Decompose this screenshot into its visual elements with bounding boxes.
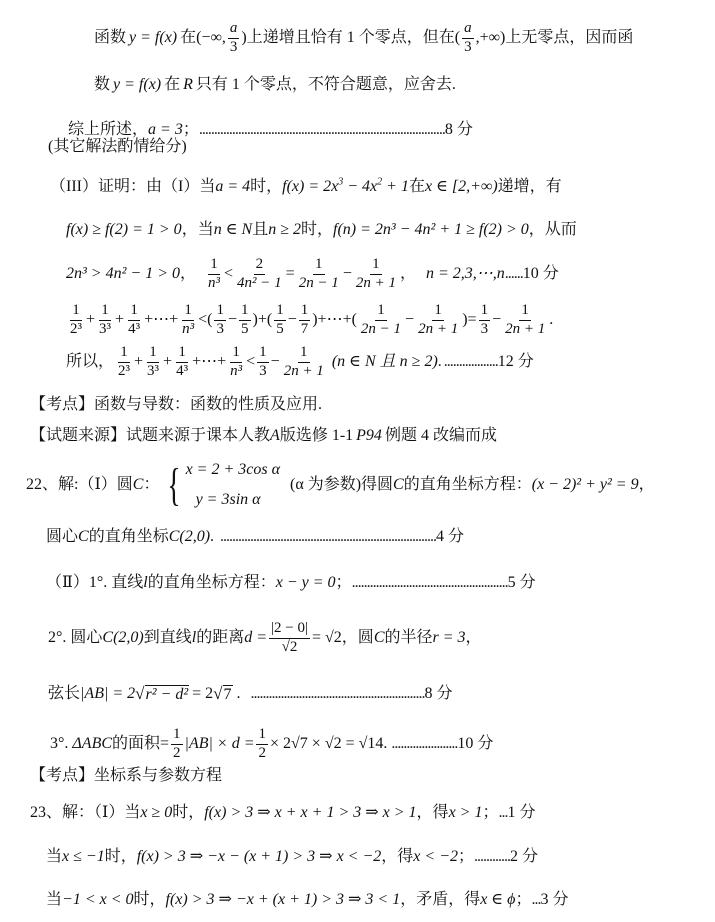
numerator: 1 [230,345,242,363]
denominator: 2n − 1 [359,321,403,338]
operator: < [224,266,233,282]
fraction: 1n³ [180,303,196,338]
text-line-7: 2n³ > 4n² − 1 > 0 ， 1n³ < 24n² − 1 = 12n… [66,252,559,296]
leader-dots: ........................................… [220,529,436,545]
text-line-13: 圆心 C 的直角坐标 C(2,0) . ....................… [46,526,464,548]
text: ，圆 [342,630,374,646]
paren: ( [352,312,357,328]
denominator: 3 [257,363,269,380]
numerator: 1 [375,303,387,321]
brace-icon: { [168,462,181,508]
text: 时， [301,222,333,238]
math: × 2√7 × √2 = √14 [270,736,383,752]
math: x ∈ [2,+∞) [425,179,498,195]
text: ，矛盾，得 [400,892,480,908]
denominator: n³ [206,275,222,292]
radical-icon: √ [135,685,144,704]
denominator: 2n + 1 [354,275,398,292]
leader-dots: ........................................… [199,122,445,138]
numerator: |2 − 0| [269,621,310,639]
math: x ≤ −1 [62,849,105,865]
note: (其它解法酌情给分) [48,139,187,155]
text: （Ⅱ）1°. 直线 [46,575,143,591]
denominator: 2³ [116,363,132,380]
numerator: 1 [182,303,194,321]
text: 2°. 圆心 [48,630,102,646]
denominator: n³ [180,321,196,338]
numerator: 1 [479,303,491,321]
operator: − [343,266,352,282]
fraction: 15 [274,303,286,338]
text-line-18: 【考点】 坐标系与参数方程 [30,765,222,787]
text: . [237,686,241,702]
text: 上无零点，因而函 [505,30,633,46]
math: (x − 2)² + y² = 9 [532,477,639,493]
fraction: 12n + 1 [282,345,326,380]
operator: + [86,312,95,328]
fraction: |2 − 0|√2 [269,621,310,656]
fraction: 12³ [116,345,132,380]
numerator: 1 [519,303,531,321]
radicand: 7 [223,685,233,704]
numerator: 1 [99,303,111,321]
score: 8 分 [445,122,473,138]
operator: − [288,312,297,328]
operator: + [258,312,267,328]
text-line-6: f(x) ≥ f(2) = 1 > 0 ，当 n ∈ N 且 n ≥ 2 时， … [66,219,577,241]
leader-dots: ...... [505,266,523,282]
score: 5 分 [508,575,536,591]
denominator: 5 [239,321,251,338]
operator: − [271,354,280,370]
text: 试题来源于课本人教 [126,428,270,444]
denominator: 3 [214,321,226,338]
text: 的直角坐标方程： [404,477,532,493]
equation: x = 2 + 3cos α [186,462,280,478]
text: ； [515,892,531,908]
denominator: 4³ [174,363,190,380]
text: 时， [172,805,204,821]
fraction: 14³ [126,303,142,338]
operator: = [468,312,477,328]
text: 弦长 [48,686,80,702]
numerator: 1 [313,257,325,275]
fraction: 12n − 1 [297,257,341,292]
fraction: a3 [462,21,474,56]
fraction: a3 [228,21,240,56]
math: C(2,0) [169,529,210,545]
operator: + [163,354,172,370]
math: f(n) = 2n³ − 4n² + 1 ≥ f(2) > 0 [333,222,529,238]
operator: − [405,312,414,328]
fraction: 14³ [174,345,190,380]
math: C [374,630,385,646]
text: 上递增且恰有 1 个零点，但在 [247,30,455,46]
math: n ≥ 2 [268,222,301,238]
numerator: 1 [214,303,226,321]
math: ΔABC [72,736,112,752]
denominator: 2n + 1 [503,321,547,338]
text-line-10: 【考点】 函数与导数：函数的性质及应用. [30,394,322,416]
text: ； [458,849,474,865]
numerator: 1 [256,727,268,745]
fraction: 12 [171,727,183,762]
text: 的半径 [384,630,432,646]
text: 圆心 [46,529,78,545]
text: (α 为参数) [290,477,361,493]
operator: < [198,312,207,328]
denominator: 7 [299,321,311,338]
text: 只有 1 个零点，不符合题意，应舍去. [196,77,456,93]
text: 时， [134,892,166,908]
denominator: n³ [228,363,244,380]
equation: y = 3sin α [186,492,280,508]
score: 1 分 [507,805,535,821]
leader-dots: ... [531,892,540,908]
math: = 2 [192,686,213,702]
text: ， [400,266,416,282]
period: . [549,312,553,328]
math: (−∞, [196,30,226,46]
math: f(x) ≥ f(2) = 1 > 0 [66,222,182,238]
numerator: 1 [128,303,140,321]
operator: +⋯+ [144,312,178,328]
leader-dots: ............ [474,849,510,865]
math-part: + 1 [382,178,409,195]
math-part: − 4x [343,178,377,195]
fraction: 13³ [97,303,113,338]
text: . [383,736,387,752]
score: 3 分 [540,892,568,908]
numerator: 1 [370,257,382,275]
text: 时， [105,849,137,865]
math: ( [455,30,460,46]
text: 坐标系与参数方程 [94,768,222,784]
text: 当 [46,892,62,908]
score: 10 分 [523,266,559,282]
text: 3°. [50,736,68,752]
fraction: 1n³ [228,345,244,380]
denominator: 3 [479,321,491,338]
denominator: 4n² − 1 [235,275,284,292]
denominator: 2n + 1 [416,321,460,338]
leader-dots: ...................... [391,736,457,752]
text: 的面积= [112,736,169,752]
score: 8 分 [425,686,453,702]
numerator: 1 [274,303,286,321]
math: x < −2 [413,849,458,865]
text: 版选修 1-1 [280,428,353,444]
denominator: 2n + 1 [282,363,326,380]
section-tag: 【考点】 [30,397,94,413]
text: . [210,529,214,545]
text: 22、解:（Ⅰ）圆 [26,477,133,493]
fraction: 15 [239,303,251,338]
leader-dots: ........................................… [352,575,508,591]
text: （III）证明：由（I）当 [50,179,215,195]
text: ， [466,630,482,646]
operator: + [134,354,143,370]
text-line-12: 22、解:（Ⅰ）圆 C ： { x = 2 + 3cos α y = 3sin … [26,458,655,512]
denominator: 2n − 1 [297,275,341,292]
radical-icon: √ [213,685,222,704]
fraction: 12n + 1 [354,257,398,292]
score: 12 分 [498,354,534,370]
text: ； [482,805,498,821]
text: ： [143,477,159,493]
operator: +⋯+ [192,354,226,370]
denominator: 4³ [126,321,142,338]
text: ，得 [417,805,449,821]
score: 4 分 [436,529,464,545]
text-line-4: (其它解法酌情给分) [48,136,187,158]
text: 函数 [94,30,126,46]
text: 到直线 [144,630,192,646]
math: P94 [356,428,382,444]
math: A [270,428,280,444]
text: ， [180,266,196,282]
math: x − y = 0 [276,575,336,591]
fraction: 13 [257,345,269,380]
math: C [393,477,404,493]
math: |AB| = 2 [80,686,135,702]
math: f(x) > 3 ⇒ −x + (x + 1) > 3 ⇒ 3 < 1 [166,892,401,908]
fraction: 12³ [68,303,84,338]
text: 的直角坐标方程： [148,575,276,591]
text: 且 [252,222,268,238]
fraction: 12n − 1 [359,303,403,338]
denominator: √2 [280,639,300,656]
text: 在 [409,179,425,195]
text-line-14: （Ⅱ）1°. 直线 l 的直角坐标方程： x − y = 0 ； .......… [46,572,536,594]
leader-dots: ........................................… [251,686,425,702]
math: C [78,529,89,545]
math: x > 1 [449,805,483,821]
denominator: 2³ [68,321,84,338]
denominator: 3 [462,39,474,56]
operator: + [115,312,124,328]
square-root: √7 [213,685,232,704]
math: x ∈ ϕ [480,892,515,908]
text-line-5: （III）证明：由（I）当 a = 4 时， f(x) = 2x3 − 4x2 … [50,176,562,198]
denominator: 2 [171,745,183,762]
text: 23、解：（Ⅰ）当 [30,805,140,821]
text: 的距离 [196,630,244,646]
math: r = 3 [433,630,466,646]
math: 2n³ > 4n² − 1 > 0 [66,266,180,282]
math: f(x) > 3 ⇒ −x − (x + 1) > 3 ⇒ x < −2 [137,849,382,865]
math: n = 2,3,⋯,n [426,266,505,282]
math: −1 < x < 0 [62,892,134,908]
denominator: 2 [256,745,268,762]
numerator: 1 [299,303,311,321]
math: |AB| × d = [185,736,255,752]
text-line-11: 【试题来源】 试题来源于课本人教 A 版选修 1-1 P94 例题 4 改编而成 [30,425,497,447]
fraction: 1n³ [206,257,222,292]
denominator: 3 [228,39,240,56]
text: 时， [250,179,282,195]
numerator: a [228,21,240,39]
text: 所以， [66,354,114,370]
text-line-17: 3°. ΔABC 的面积= 12 |AB| × d = 12 × 2√7 × √… [50,722,493,766]
text: 函数与导数：函数的性质及应用. [94,397,322,413]
numerator: 1 [176,345,188,363]
score: 10 分 [457,736,493,752]
fraction: 12n + 1 [416,303,460,338]
text: 数 [94,77,110,93]
text-line-2: 数 y = f(x) 在 R 只有 1 个零点，不符合题意，应舍去. [94,74,456,96]
math: ,+∞) [476,30,506,46]
text: 例题 4 改编而成 [385,428,497,444]
numerator: 1 [257,345,269,363]
operator: < [246,354,255,370]
math: y = f(x) [129,30,177,46]
text: 在 [180,30,196,46]
math: a = 4 [215,179,250,195]
math: x ≥ 0 [140,805,172,821]
section-tag: 【试题来源】 [30,428,126,444]
numerator: 1 [147,345,159,363]
leader-dots: . .................. [438,354,498,370]
condition: (n ∈ N 且 n ≥ 2) [332,354,438,370]
equation-system: { x = 2 + 3cos α y = 3sin α [163,462,280,508]
text-line-20: 当 x ≤ −1 时， f(x) > 3 ⇒ −x − (x + 1) > 3 … [46,846,538,868]
text: ，从而 [529,222,577,238]
score: 2 分 [510,849,538,865]
radicand: r² − d² [145,685,190,704]
math: C [133,477,144,493]
fraction: 12 [256,727,268,762]
numerator: 1 [70,303,82,321]
leader-dots: ... [498,805,507,821]
text-line-9: 所以， 12³ + 13³ + 14³ +⋯+ 1n³ < 13 − 12n +… [66,340,534,384]
fraction: 13 [479,303,491,338]
numerator: 1 [298,345,310,363]
text: ， [639,477,655,493]
denominator: 3³ [97,321,113,338]
numerator: 1 [118,345,130,363]
text-line-8: 12³ + 13³ + 14³ +⋯+ 1n³ < (13−15) + (15−… [66,298,553,342]
text: ，当 [182,222,214,238]
fraction: 24n² − 1 [235,257,284,292]
text: 的直角坐标 [89,529,169,545]
math: d = [244,630,267,646]
math: f(x) = 2x3 − 4x2 + 1 [282,179,409,195]
operator: +⋯+ [318,312,352,328]
math: R [183,77,193,93]
math: = √2 [312,630,342,646]
denominator: 5 [274,321,286,338]
math-part: f(x) = 2x [282,178,338,195]
math: y = f(x) [113,77,161,93]
square-root: √r² − d² [135,685,189,704]
text-line-16: 弦长 |AB| = 2 √r² − d² = 2 √7 . ..........… [48,682,453,706]
text: 递增，有 [498,179,562,195]
operator: − [492,312,501,328]
text: ，得 [381,849,413,865]
text: 得圆 [361,477,393,493]
text: 当 [46,849,62,865]
fraction: 13 [214,303,226,338]
paren: ( [267,312,272,328]
text-line-19: 23、解：（Ⅰ）当 x ≥ 0 时， f(x) > 3 ⇒ x + x + 1 … [30,802,536,824]
paren: ( [207,312,212,328]
math: C(2,0) [102,630,143,646]
numerator: a [462,21,474,39]
math: n ∈ N [214,222,253,238]
text-line-1: 函数 y = f(x) 在 (−∞, a3 ) 上递增且恰有 1 个零点，但在 … [94,16,633,60]
operator: − [228,312,237,328]
numerator: 1 [171,727,183,745]
text-line-15: 2°. 圆心 C(2,0) 到直线 l 的距离 d = |2 − 0|√2 = … [48,614,482,662]
operator: = [286,266,295,282]
text: 在 [164,77,180,93]
text: ； [336,575,352,591]
numerator: 1 [432,303,444,321]
fraction: 12n + 1 [503,303,547,338]
section-tag: 【考点】 [30,768,94,784]
numerator: 1 [239,303,251,321]
fraction: 17 [299,303,311,338]
text-line-21: 当 −1 < x < 0 时， f(x) > 3 ⇒ −x + (x + 1) … [46,889,568,911]
denominator: 3³ [145,363,161,380]
math: f(x) > 3 ⇒ x + x + 1 > 3 ⇒ x > 1 [204,805,416,821]
numerator: 2 [254,257,266,275]
fraction: 13³ [145,345,161,380]
numerator: 1 [208,257,220,275]
